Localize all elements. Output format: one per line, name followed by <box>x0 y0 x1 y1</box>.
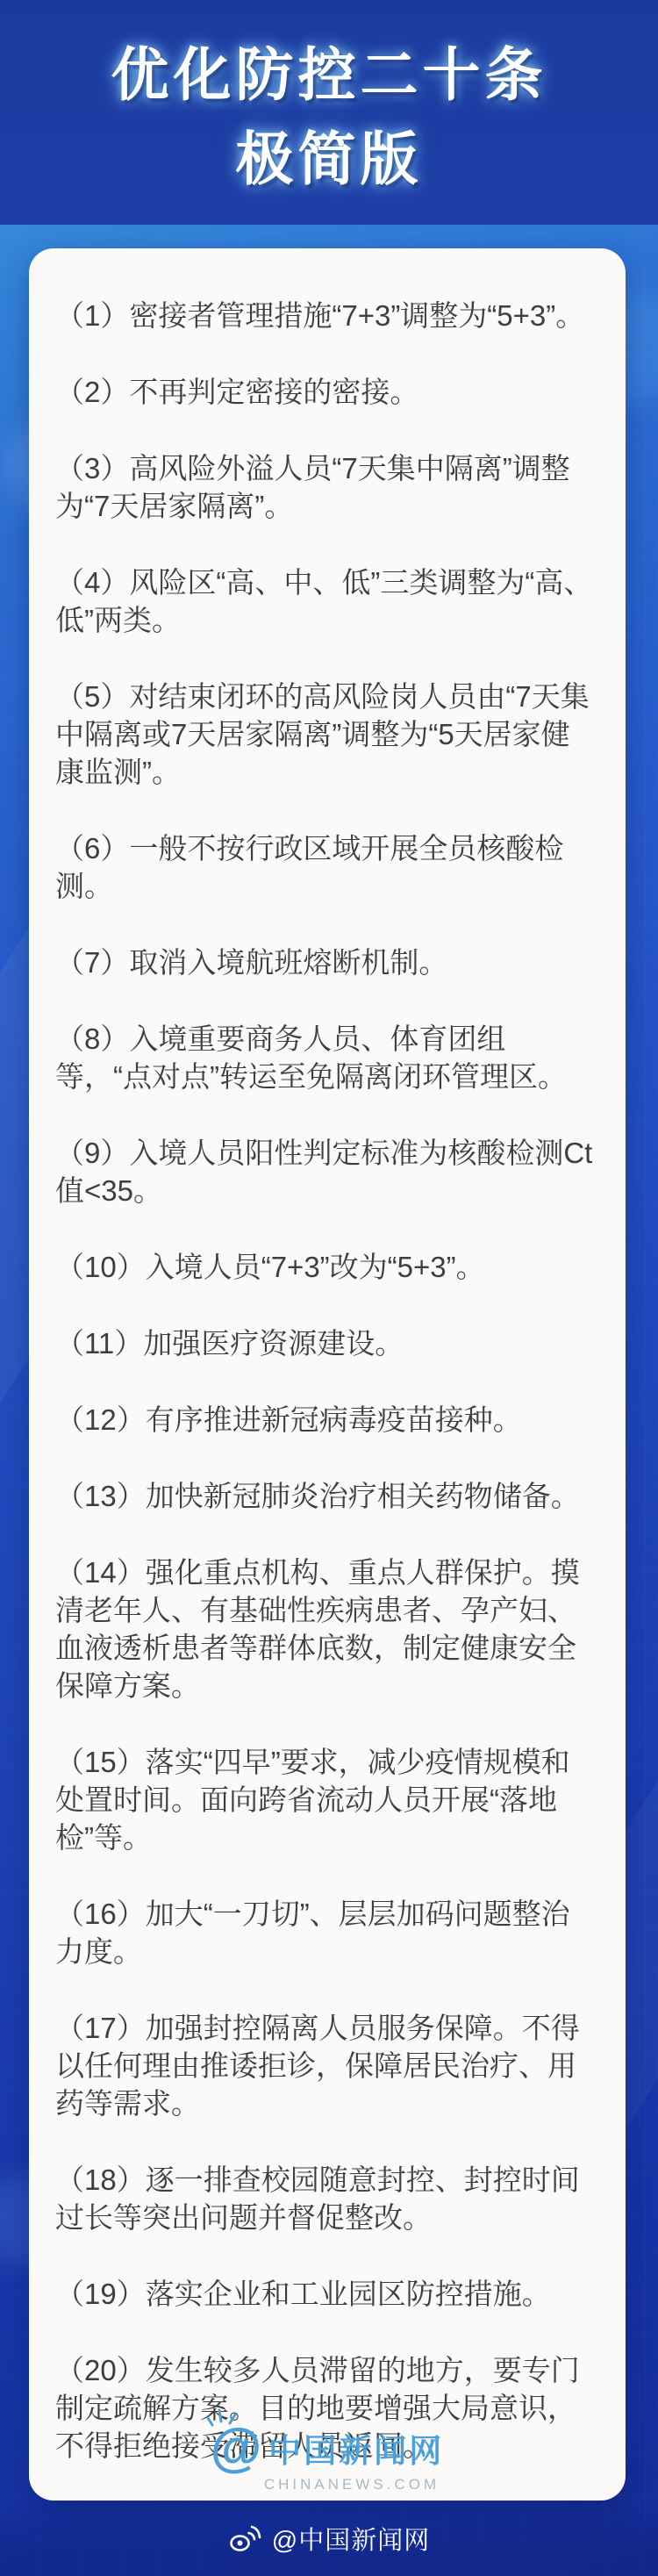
list-item: （18）逐一排查校园随意封控、封控时间过长等突出问题并督促整改。 <box>55 2161 594 2236</box>
footer-handle: @中国新闻网 <box>272 2521 430 2557</box>
list-item: （15）落实“四早”要求，减少疫情规模和处置时间。面向跨省流动人员开展“落地检”… <box>55 1743 594 1856</box>
header-band: 优化防控二十条 极简版 <box>0 0 658 225</box>
logo-name: 中国新闻网 <box>268 2424 444 2472</box>
list-item: （6）一般不按行政区域开展全员核酸检测。 <box>55 829 594 905</box>
list-item: （14）强化重点机构、重点人群保护。摸清老年人、有基础性疾病患者、孕产妇、血液透… <box>55 1553 594 1704</box>
list-item: （1）密接者管理措施“7+3”调整为“5+3”。 <box>55 297 594 334</box>
poster-background: 优化防控二十条 极简版 （1）密接者管理措施“7+3”调整为“5+3”。 （2）… <box>0 0 658 2576</box>
chinanews-logo: @ 中国新闻网 CHINANEWS.COM <box>29 2422 626 2493</box>
logo-rays-icon <box>207 2407 242 2430</box>
list-item: （17）加强封控隔离人员服务保障。不得以任何理由推诿拒诊，保障居民治疗、用药等需… <box>55 2009 594 2122</box>
list-item: （10）入境人员“7+3”改为“5+3”。 <box>55 1248 594 1286</box>
weibo-icon <box>228 2523 261 2553</box>
list-item: （4）风险区“高、中、低”三类调整为“高、低”两类。 <box>55 563 594 639</box>
list-item: （7）取消入境航班熔断机制。 <box>55 944 594 981</box>
subtitle: 极简版 <box>0 130 658 188</box>
list-item: （12）有序推进新冠病毒疫苗接种。 <box>55 1401 594 1439</box>
logo-domain: CHINANEWS.COM <box>78 2476 626 2493</box>
content-card: （1）密接者管理措施“7+3”调整为“5+3”。 （2）不再判定密接的密接。 （… <box>29 248 626 2501</box>
list-item: （11）加强医疗资源建设。 <box>55 1324 594 1362</box>
list-item: （9）入境人员阳性判定标准为核酸检测Ct值<35。 <box>55 1134 594 1209</box>
list-item: （13）加快新冠肺炎治疗相关药物储备。 <box>55 1477 594 1515</box>
footer: @中国新闻网 <box>0 2501 658 2576</box>
main-title: 优化防控二十条 <box>0 0 658 104</box>
list-item: （16）加大“一刀切”、层层加码问题整治力度。 <box>55 1895 594 1970</box>
list-item: （8）入境重要商务人员、体育团组等，“点对点”转运至免隔离闭环管理区。 <box>55 1020 594 1095</box>
list-item: （2）不再判定密接的密接。 <box>55 373 594 411</box>
list-item: （19）落实企业和工业园区防控措施。 <box>55 2275 594 2313</box>
list-item: （3）高风险外溢人员“7天集中隔离”调整为“7天居家隔离”。 <box>55 449 594 525</box>
list-item: （5）对结束闭环的高风险岗人员由“7天集中隔离或7天居家隔离”调整为“5天居家健… <box>55 678 594 791</box>
